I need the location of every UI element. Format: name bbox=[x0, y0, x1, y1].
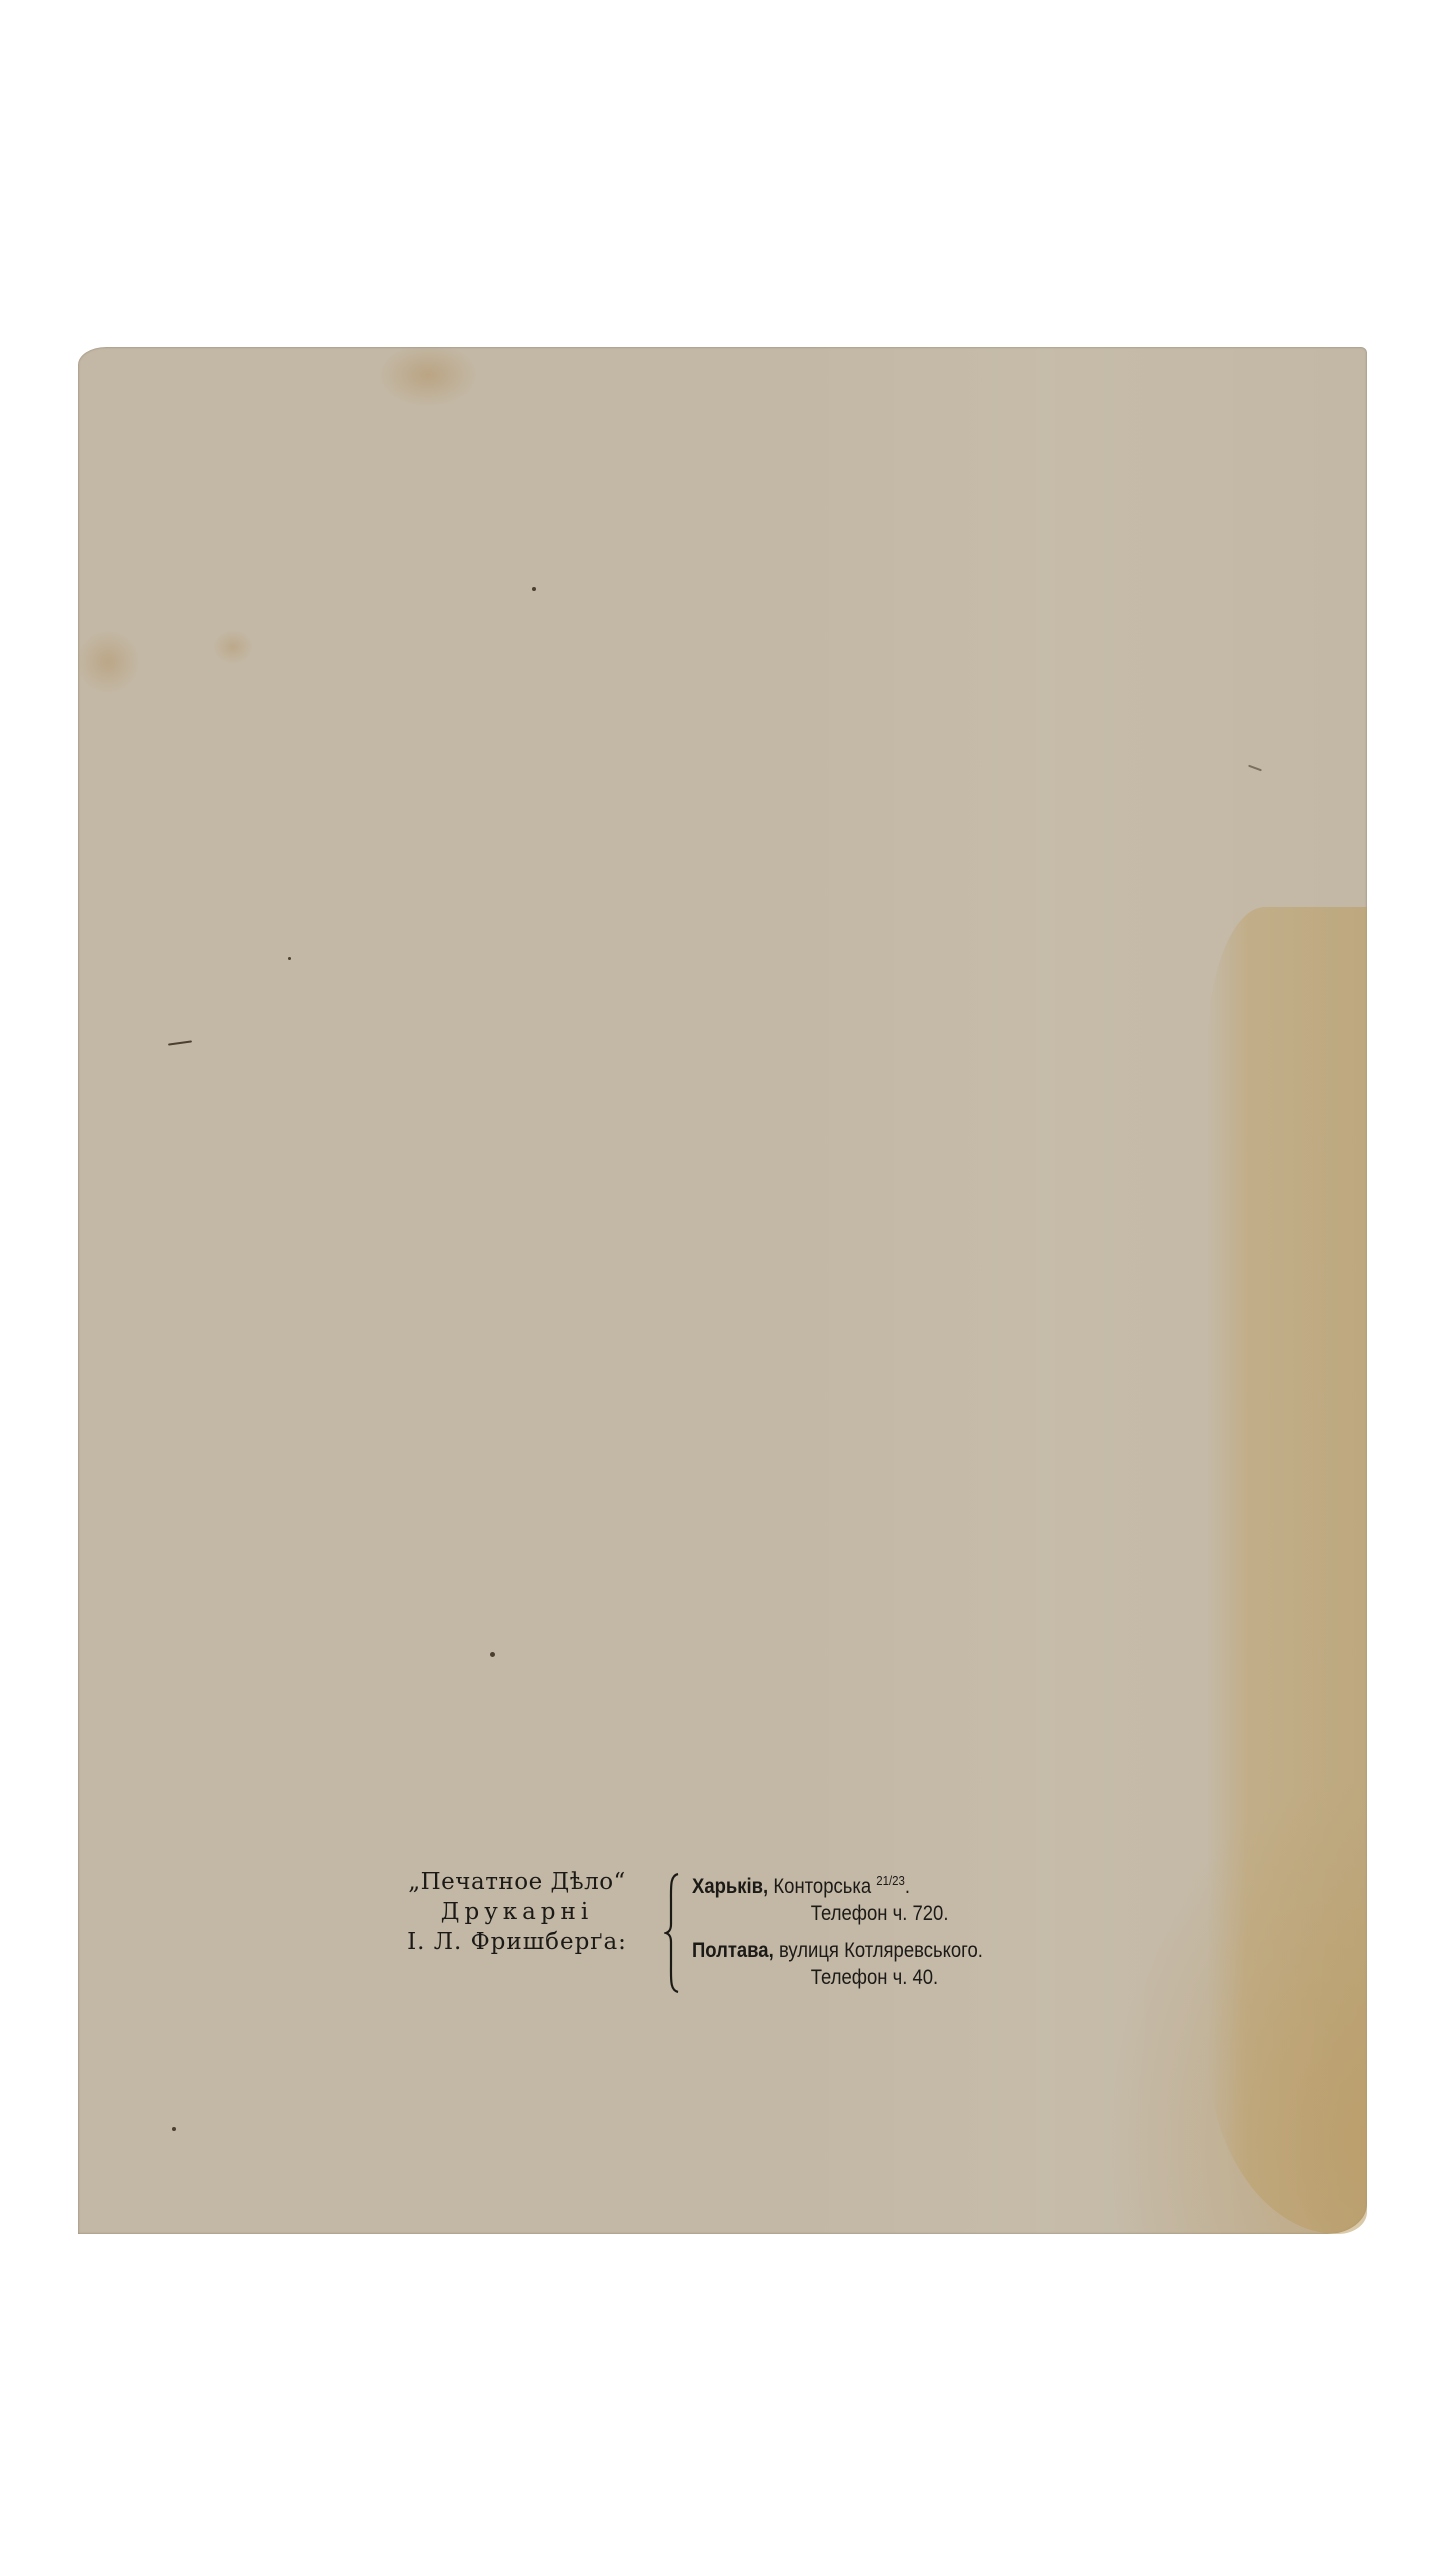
phone-line: Телефон ч. 720. bbox=[692, 1900, 1097, 1927]
location-kharkiv: Харьків,Конторська 21/23. Телефон ч. 720… bbox=[692, 1867, 1097, 1927]
address-suffix: . bbox=[905, 1875, 910, 1898]
street-address: вулиця Котляревського. bbox=[779, 1939, 983, 1962]
location-poltava: Полтава,вулиця Котляревського. Телефон ч… bbox=[692, 1937, 1097, 1991]
phone-line: Телефон ч. 40. bbox=[692, 1964, 1097, 1991]
street-address: Конторська bbox=[773, 1875, 871, 1898]
printer-name-line: „Печатное Дѣло“ bbox=[372, 1867, 662, 1897]
water-stain-lower-right bbox=[1107, 1774, 1367, 2234]
address-line: Полтава,вулиця Котляревського. bbox=[692, 1937, 1097, 1964]
city-name: Полтава, bbox=[692, 1939, 774, 1962]
paper-speck bbox=[288, 957, 291, 960]
curly-brace-icon bbox=[664, 1872, 682, 1994]
printer-name-block: „Печатное Дѣло“ Друкарні І. Л. Фришберґа… bbox=[372, 1867, 662, 1957]
paper-speck bbox=[532, 587, 536, 591]
city-name: Харьків, bbox=[692, 1875, 768, 1898]
locations-block: Харьків,Конторська 21/23. Телефон ч. 720… bbox=[692, 1867, 1097, 1991]
printer-name-line: І. Л. Фришберґа: bbox=[372, 1927, 662, 1957]
printer-name-line: Друкарні bbox=[372, 1897, 662, 1927]
house-number: 21/23 bbox=[876, 1873, 905, 1888]
paper-fiber-mark bbox=[168, 1040, 192, 1045]
paper-fiber-mark bbox=[1248, 765, 1262, 772]
address-line: Харьків,Конторська 21/23. bbox=[692, 1867, 1097, 1900]
paper-speck bbox=[490, 1652, 495, 1657]
paper-speck bbox=[172, 2127, 176, 2131]
